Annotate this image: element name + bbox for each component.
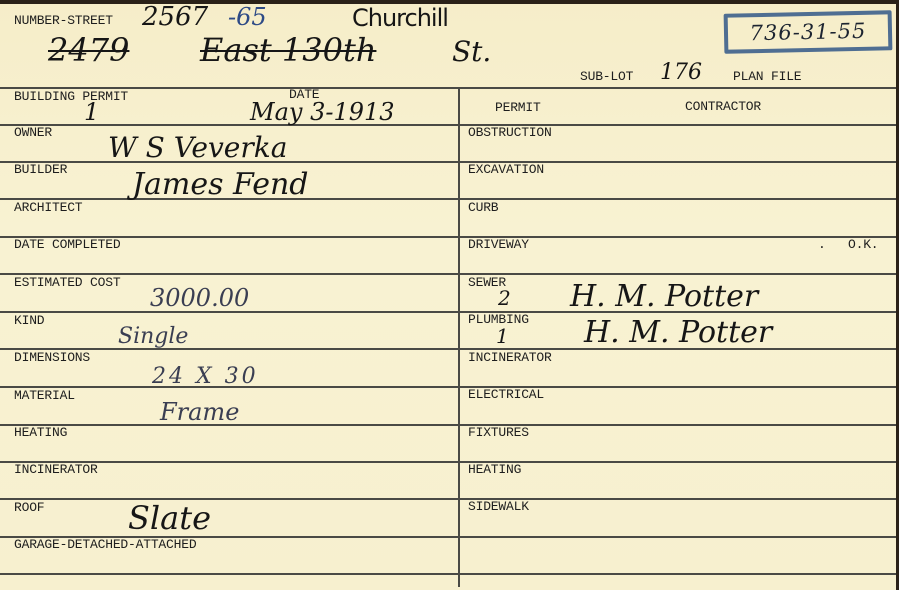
owner-label: OWNER bbox=[14, 126, 52, 140]
rule-line bbox=[0, 236, 896, 238]
driveway-dot: . bbox=[818, 238, 826, 252]
sewer-permit: 2 bbox=[498, 288, 511, 308]
rule-line bbox=[0, 87, 896, 89]
dimensions-value: 24 X 30 bbox=[152, 366, 259, 388]
curb-label: CURB bbox=[468, 201, 498, 215]
electrical-label: ELECTRICAL bbox=[468, 388, 544, 402]
heating-label: HEATING bbox=[14, 426, 67, 440]
rule-line bbox=[0, 273, 896, 275]
building-permit-label: BUILDING PERMIT bbox=[14, 90, 128, 104]
driveway-label: DRIVEWAY bbox=[468, 238, 529, 252]
sewer-contractor: H. M. Potter bbox=[570, 282, 758, 312]
owner-value: W S Veverka bbox=[108, 134, 287, 162]
sub-lot-value: 176 bbox=[660, 62, 702, 84]
rule-line bbox=[0, 573, 896, 575]
rule-line bbox=[0, 424, 896, 426]
plan-file-label: PLAN FILE bbox=[733, 70, 801, 84]
obstruction-label: OBSTRUCTION bbox=[468, 126, 552, 140]
roof-value: Slate bbox=[128, 502, 211, 534]
date-completed-label: DATE COMPLETED bbox=[14, 238, 120, 252]
rule-line bbox=[0, 311, 896, 313]
architect-label: ARCHITECT bbox=[14, 201, 82, 215]
rule-line bbox=[0, 461, 896, 463]
estimated-cost-label: ESTIMATED COST bbox=[14, 276, 120, 290]
number-street-value: 2567 bbox=[142, 4, 208, 30]
heating-permit-label: HEATING bbox=[468, 463, 521, 477]
number-street-suffix: -65 bbox=[228, 5, 267, 29]
dimensions-label: DIMENSIONS bbox=[14, 351, 90, 365]
excavation-label: EXCAVATION bbox=[468, 163, 544, 177]
file-number-stamp: 736-31-55 bbox=[724, 10, 893, 54]
incinerator-label: INCINERATOR bbox=[14, 463, 98, 477]
rule-line bbox=[0, 124, 896, 126]
date-value: May 3-1913 bbox=[250, 100, 395, 124]
plumbing-permit: 1 bbox=[496, 326, 509, 346]
stamp-number: 736-31-55 bbox=[749, 19, 866, 45]
address-original-suffix: St. bbox=[452, 38, 491, 66]
estimated-cost-value: 3000.00 bbox=[150, 286, 249, 310]
contractor-header: CONTRACTOR bbox=[685, 100, 761, 114]
address-original-number: 2479 bbox=[48, 34, 129, 66]
permit-header: PERMIT bbox=[495, 101, 541, 115]
building-permit-value: 1 bbox=[84, 100, 99, 124]
plumbing-contractor: H. M. Potter bbox=[584, 318, 772, 348]
material-label: MATERIAL bbox=[14, 389, 75, 403]
builder-value: James Fend bbox=[132, 170, 309, 200]
number-street-label: NUMBER-STREET bbox=[14, 14, 113, 28]
sidewalk-label: SIDEWALK bbox=[468, 500, 529, 514]
street-name-new: Churchill bbox=[352, 6, 448, 30]
incinerator-permit-label: INCINERATOR bbox=[468, 351, 552, 365]
kind-value: Single bbox=[118, 326, 188, 348]
material-value: Frame bbox=[160, 400, 239, 424]
rule-line bbox=[0, 386, 896, 388]
sub-lot-label: SUB-LOT bbox=[580, 70, 633, 84]
address-original-street: East 130th bbox=[200, 34, 376, 66]
roof-label: ROOF bbox=[14, 501, 44, 515]
permit-card: NUMBER-STREET 2567 -65 Churchill 2479 Ea… bbox=[0, 0, 899, 590]
column-divider bbox=[458, 87, 460, 587]
builder-label: BUILDER bbox=[14, 163, 67, 177]
fixtures-label: FIXTURES bbox=[468, 426, 529, 440]
garage-label: GARAGE-DETACHED-ATTACHED bbox=[14, 538, 196, 552]
kind-label: KIND bbox=[14, 314, 44, 328]
driveway-note: O.K. bbox=[848, 238, 878, 252]
